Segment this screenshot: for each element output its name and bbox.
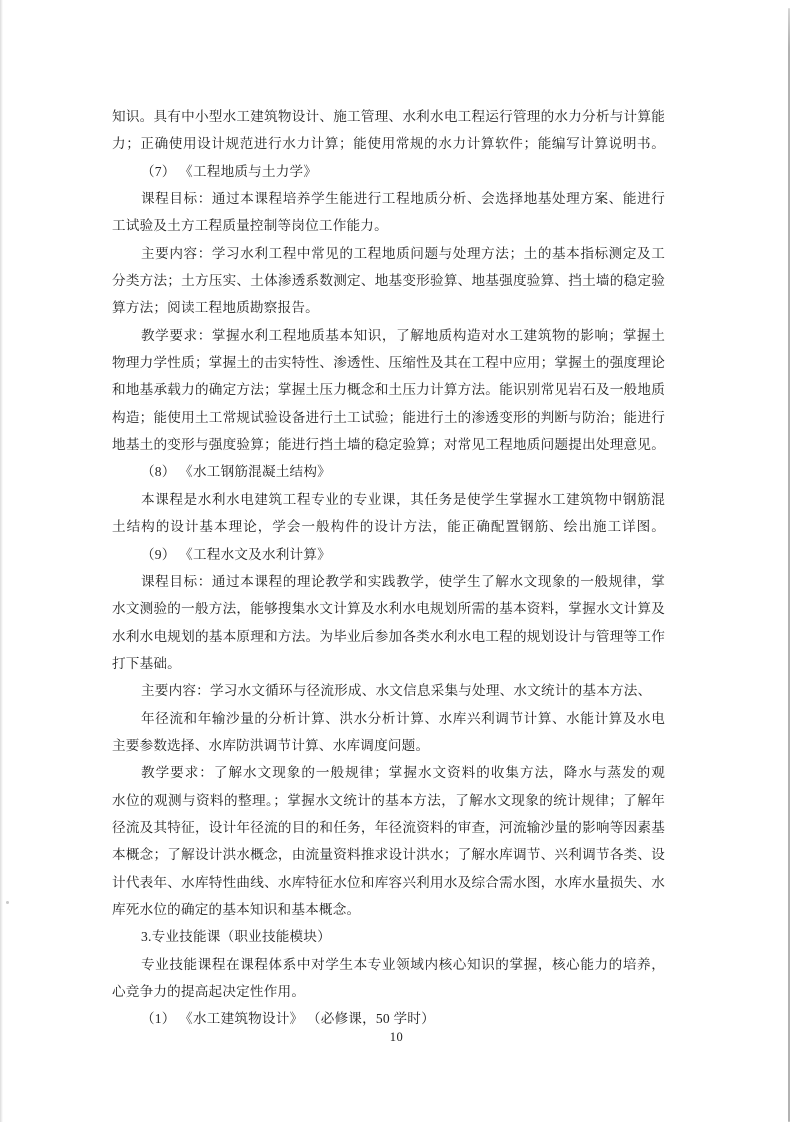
text-line: 年径流和年输沙量的分析计算、洪水分析计算、水库兴利调节计算、水能计算及水电站 [112, 705, 665, 732]
text-line: 分类方法；土方压实、土体渗透系数测定、地基变形验算、地基强度验算、挡土墙的稳定验 [112, 267, 665, 294]
document-body-text: 知识。具有中小型水工建筑物设计、施工管理、水利水电工程运行管理的水力分析与计算能… [112, 103, 665, 1033]
text-line: 计代表年、水库特性曲线、水库特征水位和库容兴利用水及综合需水图，水库水量损失、水 [112, 869, 665, 896]
text-line: 工试验及土方工程质量控制等岗位工作能力。 [112, 212, 665, 239]
text-line: 打下基础。 [112, 650, 665, 677]
text-line: 课程目标：通过本课程培养学生能进行工程地质分析、会选择地基处理方案、能进行土 [112, 185, 665, 212]
text-line: 3.专业技能课（职业技能模块） [112, 923, 665, 950]
text-line: （9） 《工程水文及水利计算》 [112, 541, 665, 568]
text-line: 主要参数选择、水库防洪调节计算、水库调度问题。 [112, 732, 665, 759]
text-line: 本课程是水利水电建筑工程专业的专业课，其任务是使学生掌握水工建筑物中钢筋混凝 [112, 486, 665, 513]
text-line: 水利水电规划的基本原理和方法。为毕业后参加各类水利水电工程的规划设计与管理等工作 [112, 623, 665, 650]
scan-artifact-dot [6, 901, 9, 904]
text-line: 水文测验的一般方法，能够搜集水文计算及水利水电规划所需的基本资料，掌握水文计算及 [112, 595, 665, 622]
text-line: 土结构的设计基本理论，学会一般构件的设计方法，能正确配置钢筋、绘出施工详图。 [112, 513, 665, 540]
text-line: 物理力学性质；掌握土的击实特性、渗透性、压缩性及其在工程中应用；掌握土的强度理论 [112, 349, 665, 376]
page-number: 10 [0, 1030, 793, 1045]
text-line: （8） 《水工钢筋混凝土结构》 [112, 458, 665, 485]
text-line: 算方法；阅读工程地质勘察报告。 [112, 294, 665, 321]
scan-edge-right [788, 8, 790, 1122]
text-line: 地基土的变形与强度验算；能进行挡土墙的稳定验算；对常见工程地质问题提出处理意见。 [112, 431, 665, 458]
text-line: 水位的观测与资料的整理。；掌握水文统计的基本方法，了解水文现象的统计规律；了解年 [112, 787, 665, 814]
text-line: 库死水位的确定的基本知识和基本概念。 [112, 896, 665, 923]
document-page: 知识。具有中小型水工建筑物设计、施工管理、水利水电工程运行管理的水力分析与计算能… [0, 0, 793, 1122]
text-line: （7） 《工程地质与土力学》 [112, 158, 665, 185]
text-line: 教学要求：掌握水利工程地质基本知识，了解地质构造对水工建筑物的影响；掌握土的 [112, 322, 665, 349]
text-line: 专业技能课程在课程体系中对学生本专业领域内核心知识的掌握，核心能力的培养，核 [112, 951, 665, 978]
text-line: 构造；能使用土工常规试验设备进行土工试验；能进行土的渗透变形的判断与防治；能进行 [112, 404, 665, 431]
text-line: 主要内容：学习水文循环与径流形成、水文信息采集与处理、水文统计的基本方法、 [112, 677, 665, 704]
text-line: （1） 《水工建筑物设计》 （必修课，50 学时） [112, 1005, 665, 1032]
text-line: 知识。具有中小型水工建筑物设计、施工管理、水利水电工程运行管理的水力分析与计算能 [112, 103, 665, 130]
text-line: 教学要求：了解水文现象的一般规律；掌握水文资料的收集方法，降水与蒸发的观测、 [112, 759, 665, 786]
text-line: 课程目标：通过本课程的理论教学和实践教学，使学生了解水文现象的一般规律，掌握 [112, 568, 665, 595]
text-line: 和地基承载力的确定方法；掌握土压力概念和土压力计算方法。能识别常见岩石及一般地质 [112, 376, 665, 403]
text-line: 力；正确使用设计规范进行水力计算；能使用常规的水力计算软件；能编写计算说明书。 [112, 130, 665, 157]
scan-edge-left [0, 0, 3, 1122]
text-line: 心竞争力的提高起决定性作用。 [112, 978, 665, 1005]
text-line: 径流及其特征，设计年径流的目的和任务，年径流资料的审查，河流输沙量的影响等因素基 [112, 814, 665, 841]
text-line: 本概念；了解设计洪水概念，由流量资料推求设计洪水；了解水库调节、兴利调节各类、设 [112, 841, 665, 868]
text-line: 主要内容：学习水利工程中常见的工程地质问题与处理方法；土的基本指标测定及工程 [112, 240, 665, 267]
